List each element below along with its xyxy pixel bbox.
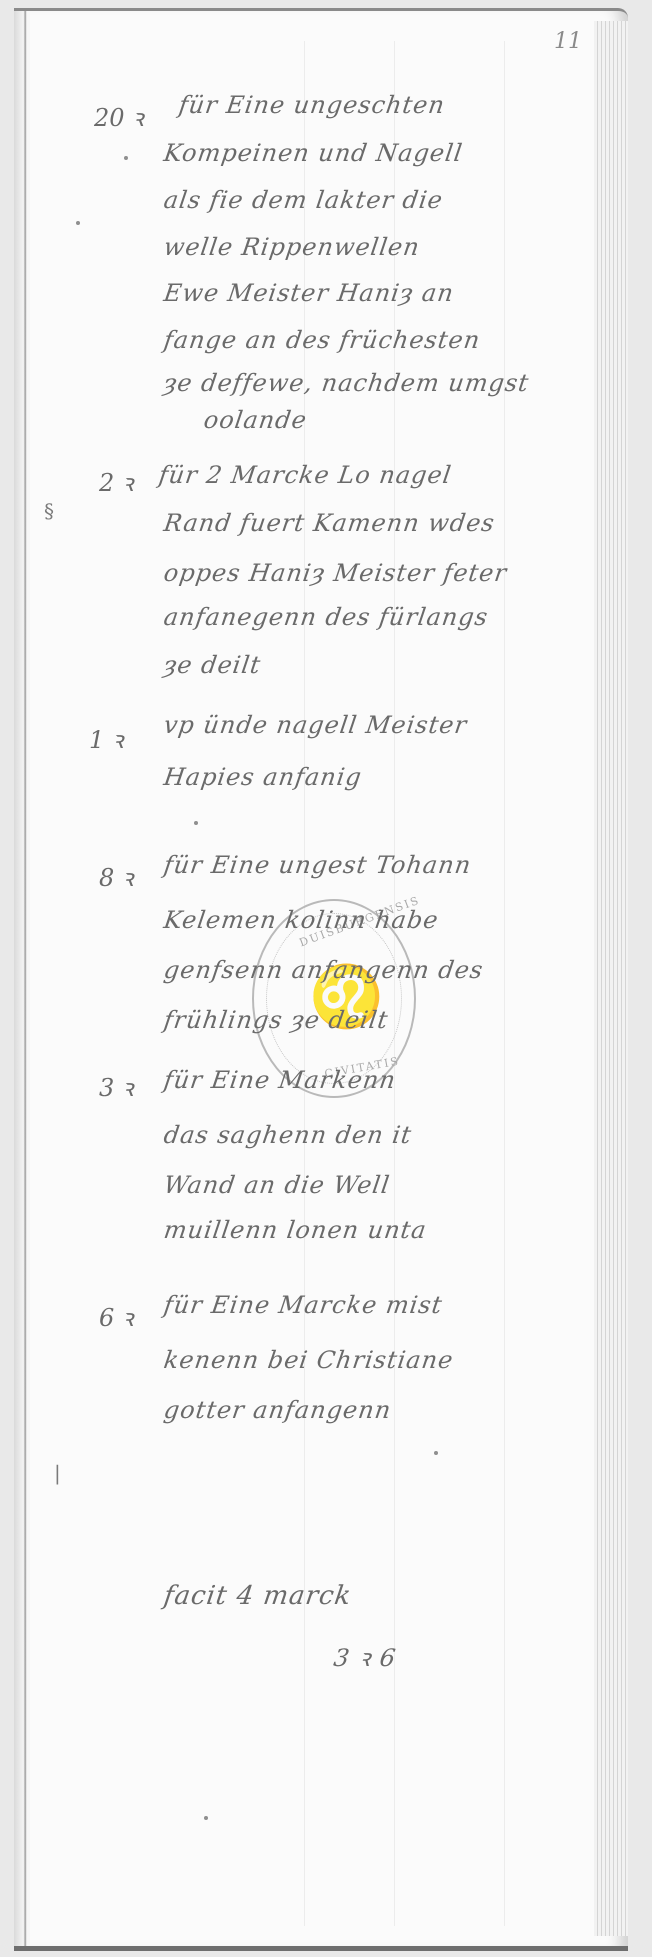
entry-line: Hapies anfanig [162, 763, 364, 791]
entry-amount: 8 ꝛ [99, 861, 133, 894]
ruling-line [504, 41, 505, 1926]
entry-line: für Eine Marcke mist [162, 1291, 444, 1319]
entry-line: Wand an die Well [162, 1171, 392, 1199]
page-stack-edge [594, 21, 628, 1936]
entry-line: ȝe deilt [162, 651, 263, 679]
entry-line: für Eine ungest Tohann [162, 851, 473, 879]
entry-line: Kompeinen und Nagell [162, 139, 465, 167]
ink-speck [76, 221, 80, 225]
entry-line: vp ünde nagell Meister [162, 711, 469, 739]
entry-line: als fie dem lakter die [162, 186, 445, 214]
manuscript-page: 11 20 ꝛ für Eine ungeschten Kompeinen un… [14, 8, 628, 1951]
ink-speck [434, 1451, 438, 1455]
margin-mark: § [44, 499, 54, 523]
binding-edge [14, 11, 30, 1946]
entry-amount: 2 ꝛ [99, 466, 133, 499]
entry-line: oppes Haniȝ Meister feter [162, 559, 509, 587]
entry-amount: 6 ꝛ [99, 1301, 133, 1334]
entry-amount: 3 ꝛ [99, 1071, 133, 1104]
entry-line: muillenn lonen unta [162, 1216, 429, 1244]
entry-line: genfsenn anfangenn des [162, 956, 485, 984]
entry-line: für Eine ungeschten [177, 91, 447, 119]
ink-speck [204, 1816, 208, 1820]
entry-line: Ewe Meister Haniȝ an [162, 279, 456, 307]
total-amount: 3 ꝛ 6 [332, 1641, 399, 1674]
entry-line: oolande [202, 406, 309, 434]
entry-line: das saghenn den it [162, 1121, 414, 1149]
entry-line: ȝe deffewe, nachdem umgst [162, 369, 531, 397]
entry-line: fange an des früchesten [162, 326, 482, 354]
margin-stroke: | [54, 1461, 61, 1485]
entry-line: welle Rippenwellen [162, 233, 422, 261]
entry-line: gotter anfangenn [162, 1396, 393, 1424]
entry-line: Rand fuert Kamenn wdes [162, 509, 497, 537]
entry-line: für Eine Markenn [162, 1066, 398, 1094]
entry-amount: 20 ꝛ [94, 101, 144, 134]
folio-number: 11 [554, 29, 582, 54]
ink-speck [124, 156, 128, 160]
entry-line: kenenn bei Christiane [162, 1346, 455, 1374]
total-line: facit 4 marck [162, 1581, 354, 1611]
entry-amount: 1 ꝛ [89, 723, 123, 756]
ink-speck [194, 821, 198, 825]
entry-line: frühlings ȝe deilt [162, 1006, 390, 1034]
entry-line: für 2 Marcke Lo nagel [157, 461, 453, 489]
entry-line: anfanegenn des fürlangs [162, 603, 490, 631]
entry-line: Kelemen kolinn habe [162, 906, 441, 934]
